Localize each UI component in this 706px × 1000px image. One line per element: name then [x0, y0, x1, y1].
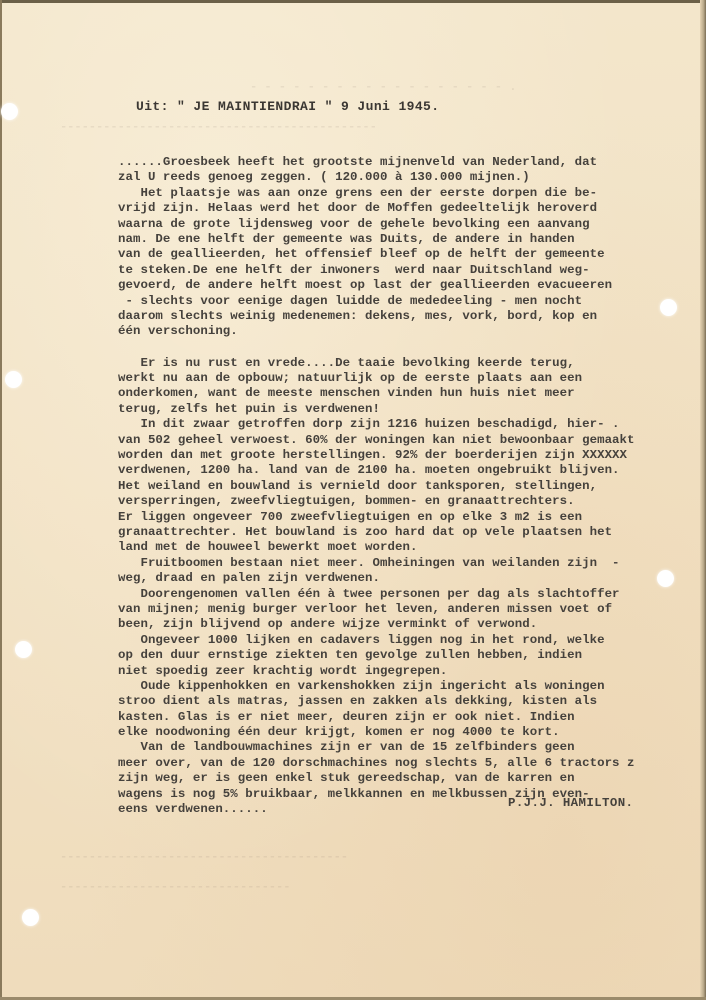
page-top-edge [0, 0, 706, 3]
text-line: waarna de grote lijdensweg voor de gehel… [118, 217, 698, 232]
text-line: terug, zelfs het puin is verdwenen! [118, 402, 698, 417]
text-line: worden dan met groote herstellingen. 92%… [118, 448, 698, 463]
text-line: Er is nu rust en vrede....De taaie bevol… [118, 356, 698, 371]
text-line: In dit zwaar getroffen dorp zijn 1216 hu… [118, 417, 698, 432]
text-line: land met de houweel bewerkt moet worden. [118, 540, 698, 555]
text-line: verdwenen, 1200 ha. land van de 2100 ha.… [118, 463, 698, 478]
text-line: Ongeveer 1000 lijken en cadavers liggen … [118, 633, 698, 648]
paragraph-1: ......Groesbeek heeft het grootste mijne… [118, 155, 698, 340]
document-body: ......Groesbeek heeft het grootste mijne… [118, 155, 698, 817]
show-through-text: ---------------------------------------- [60, 850, 362, 864]
text-line: meer over, van de 120 dorschmachines nog… [118, 756, 698, 771]
document-heading: Uit: " JE MAINTIENDRAI " 9 Juni 1945. [136, 99, 439, 114]
punch-hole [22, 909, 39, 926]
text-line: kasten. Glas is er niet meer, deuren zij… [118, 710, 698, 725]
punch-hole [1, 103, 18, 120]
text-line: op den duur ernstige ziekten ten gevolge… [118, 648, 698, 663]
page-right-edge [700, 0, 706, 1000]
text-line: stroo dient als matras, jassen en zakken… [118, 694, 698, 709]
document-page: . - - - - - - - - - - - - - - - - - - --… [0, 0, 706, 1000]
text-line: van 502 geheel verwoest. 60% der woninge… [118, 433, 698, 448]
text-line: versperringen, zweefvliegtuigen, bommen-… [118, 494, 698, 509]
text-line: weg, draad en palen zijn verdwenen. [118, 571, 698, 586]
text-line: nam. De ene helft der gemeente was Duits… [118, 232, 698, 247]
text-line: vrijd zijn. Helaas werd het door de Moff… [118, 201, 698, 216]
text-line: te steken.De ene helft der inwoners werd… [118, 263, 698, 278]
show-through-text: . - - - - - - - - - - - - - - - - - - [250, 80, 516, 94]
text-line: van mijnen; menig burger verloor het lev… [118, 602, 698, 617]
text-line: Fruitboomen bestaan niet meer. Omheining… [118, 556, 698, 571]
text-line: werkt nu aan de opbouw; natuurlijk op de… [118, 371, 698, 386]
text-line: niet spoedig zeer krachtig wordt ingegre… [118, 664, 698, 679]
text-line: elke noodwoning één deur krijgt, komen e… [118, 725, 698, 740]
text-line: granaattrechter. Het bouwland is zoo har… [118, 525, 698, 540]
text-line: zijn weg, er is geen enkel stuk gereedsc… [118, 771, 698, 786]
text-line: zal U reeds genoeg zeggen. ( 120.000 à 1… [118, 170, 698, 185]
punch-hole [15, 641, 32, 658]
text-line: Doorengenomen vallen één à twee personen… [118, 587, 698, 602]
text-line: Het weiland en bouwland is vernield door… [118, 479, 698, 494]
text-line: daarom slechts weinig medenemen: dekens,… [118, 309, 698, 324]
paragraph-gap [118, 340, 698, 356]
punch-hole [5, 371, 22, 388]
paragraph-2: Er is nu rust en vrede....De taaie bevol… [118, 356, 698, 818]
text-line: van de geallieerden, het offensief bleef… [118, 247, 698, 262]
text-line: Oude kippenhokken en varkenshokken zijn … [118, 679, 698, 694]
page-left-edge [0, 0, 2, 1000]
text-line: ......Groesbeek heeft het grootste mijne… [118, 155, 698, 170]
text-line: Het plaatsje was aan onze grens een der … [118, 186, 698, 201]
text-line: been, zijn blijvend op andere wijze verm… [118, 617, 698, 632]
signature: P.J.J. HAMILTON. [508, 796, 633, 810]
show-through-text: ----------------------------------------… [60, 120, 391, 134]
text-line: onderkomen, want de meeste menschen vind… [118, 386, 698, 401]
text-line: één verschoning. [118, 324, 698, 339]
text-line: gevoerd, de andere helft moest op last d… [118, 278, 698, 293]
text-line: Er liggen ongeveer 700 zweefvliegtuigen … [118, 510, 698, 525]
show-through-text: -------------------------------- [60, 880, 305, 894]
text-line: - slechts voor eenige dagen luidde de me… [118, 294, 698, 309]
text-line: Van de landbouwmachines zijn er van de 1… [118, 740, 698, 755]
